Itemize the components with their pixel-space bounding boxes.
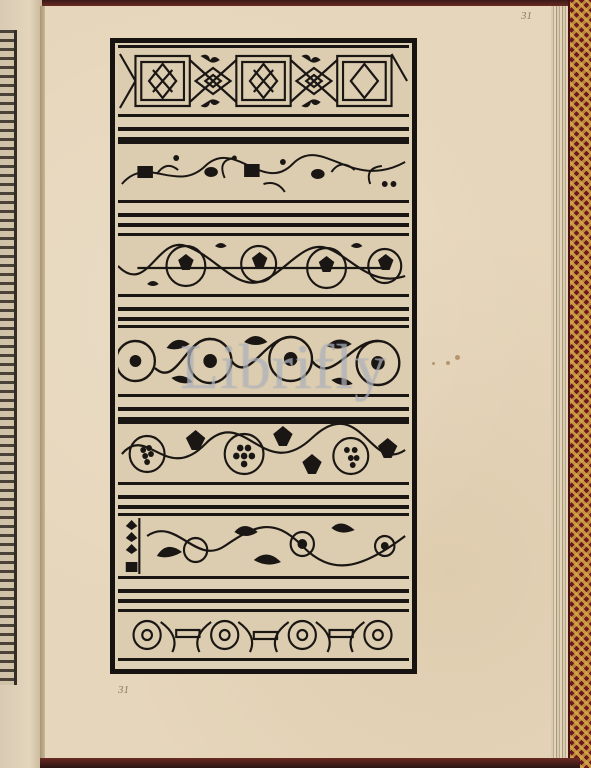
left-page-woodcut-edge — [0, 30, 17, 685]
page-fore-edge — [551, 6, 569, 758]
band-rosette-frieze — [118, 609, 409, 661]
rule-lines — [118, 495, 409, 515]
open-book: 31 31 — [0, 0, 591, 768]
foxing-spot — [455, 355, 460, 360]
left-page — [0, 0, 42, 768]
cover-bottom-edge — [40, 758, 580, 768]
band-mixed-floral-scroll — [118, 513, 409, 579]
rule-lines — [118, 307, 409, 327]
band-acanthus-scroll — [118, 233, 409, 297]
band-geometric-interlace — [118, 45, 409, 117]
foxing-spot — [446, 361, 450, 365]
folio-number-top: 31 — [521, 10, 532, 22]
rule-lines — [118, 589, 409, 609]
gilt-tooled-binding — [568, 0, 591, 768]
foxing-spot — [432, 362, 435, 365]
folio-number-bottom: 31 — [118, 684, 129, 696]
band-grape-vine — [118, 421, 409, 485]
band-vine-with-urns — [118, 141, 409, 203]
woodcut-plate — [110, 38, 417, 674]
band-flower-scroll — [118, 325, 409, 397]
